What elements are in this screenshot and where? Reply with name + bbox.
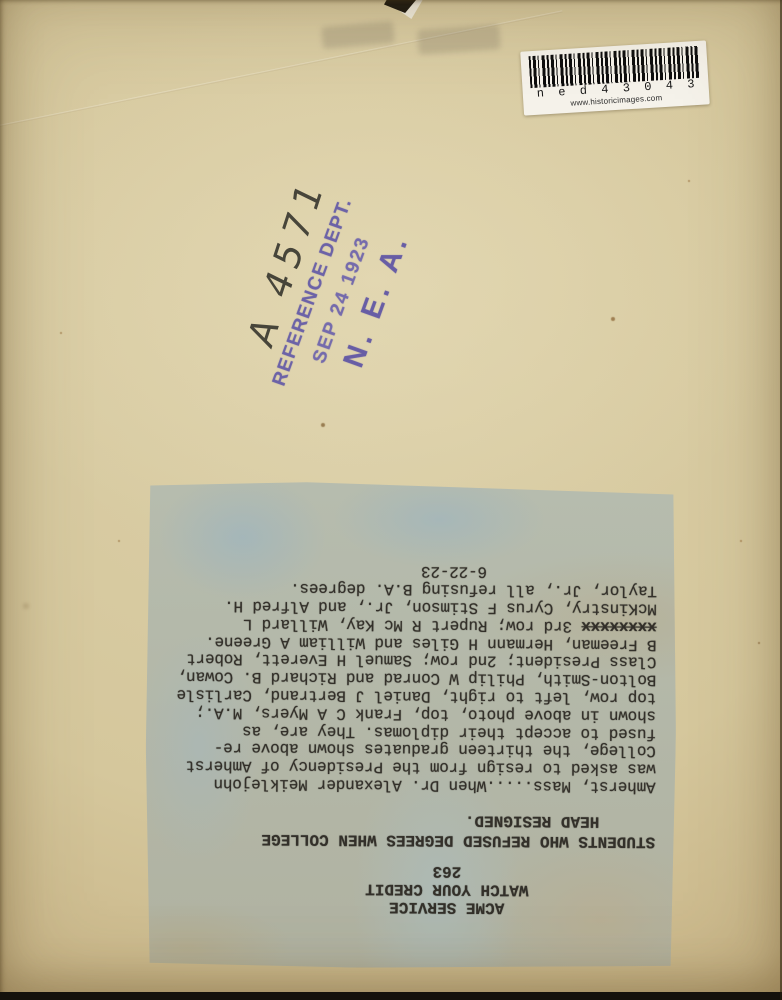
headline-line: STUDENTS WHO REFUSED DEGREES WHEN COLLEG… [145, 828, 655, 852]
barcode-digit: 4 [601, 83, 609, 96]
caption-line-text: 3rd row; Rupert R Mc Kay, Willard L [243, 615, 572, 635]
caption-slip: ACME SERVICE WATCH YOUR CREDIT 263 STUDE… [144, 478, 677, 970]
inventory-barcode-label: n e d 4 3 0 4 3 www.historicimages.com [520, 40, 710, 115]
caption-body: Amherst, Mass.....When Dr. Alexander Mei… [146, 560, 658, 795]
foxing-spots [0, 0, 2, 2]
press-photo-back: n e d 4 3 0 4 3 www.historicimages.com A… [0, 0, 782, 1000]
caption-headline: STUDENTS WHO REFUSED DEGREES WHEN COLLEG… [145, 808, 675, 852]
barcode-digit: 3 [622, 82, 630, 95]
barcode-digit: 4 [665, 79, 673, 92]
agency-number: 263 [219, 861, 675, 882]
agency-line: WATCH YOUR CREDIT [219, 879, 675, 900]
caption-slip-text-upside-down: ACME SERVICE WATCH YOUR CREDIT 263 STUDE… [144, 478, 677, 970]
barcode-digit: n [536, 87, 544, 100]
headline-line: HEAD RESIGNED. [145, 808, 599, 831]
typed-over-word: xxxxxxxx [581, 617, 656, 636]
agency-credit-block: ACME SERVICE WATCH YOUR CREDIT 263 [219, 861, 675, 918]
barcode-digit: d [579, 85, 587, 98]
stamp-residue-smudge [417, 24, 501, 55]
barcode-digit: e [558, 86, 566, 99]
barcode-digit: 3 [687, 78, 695, 91]
stamp-residue-smudge [321, 21, 395, 49]
photo-bottom-edge [0, 992, 782, 1000]
caption-date: 6-22-23 [147, 560, 487, 580]
barcode-digit: 0 [644, 81, 652, 94]
agency-line: ACME SERVICE [219, 897, 675, 918]
